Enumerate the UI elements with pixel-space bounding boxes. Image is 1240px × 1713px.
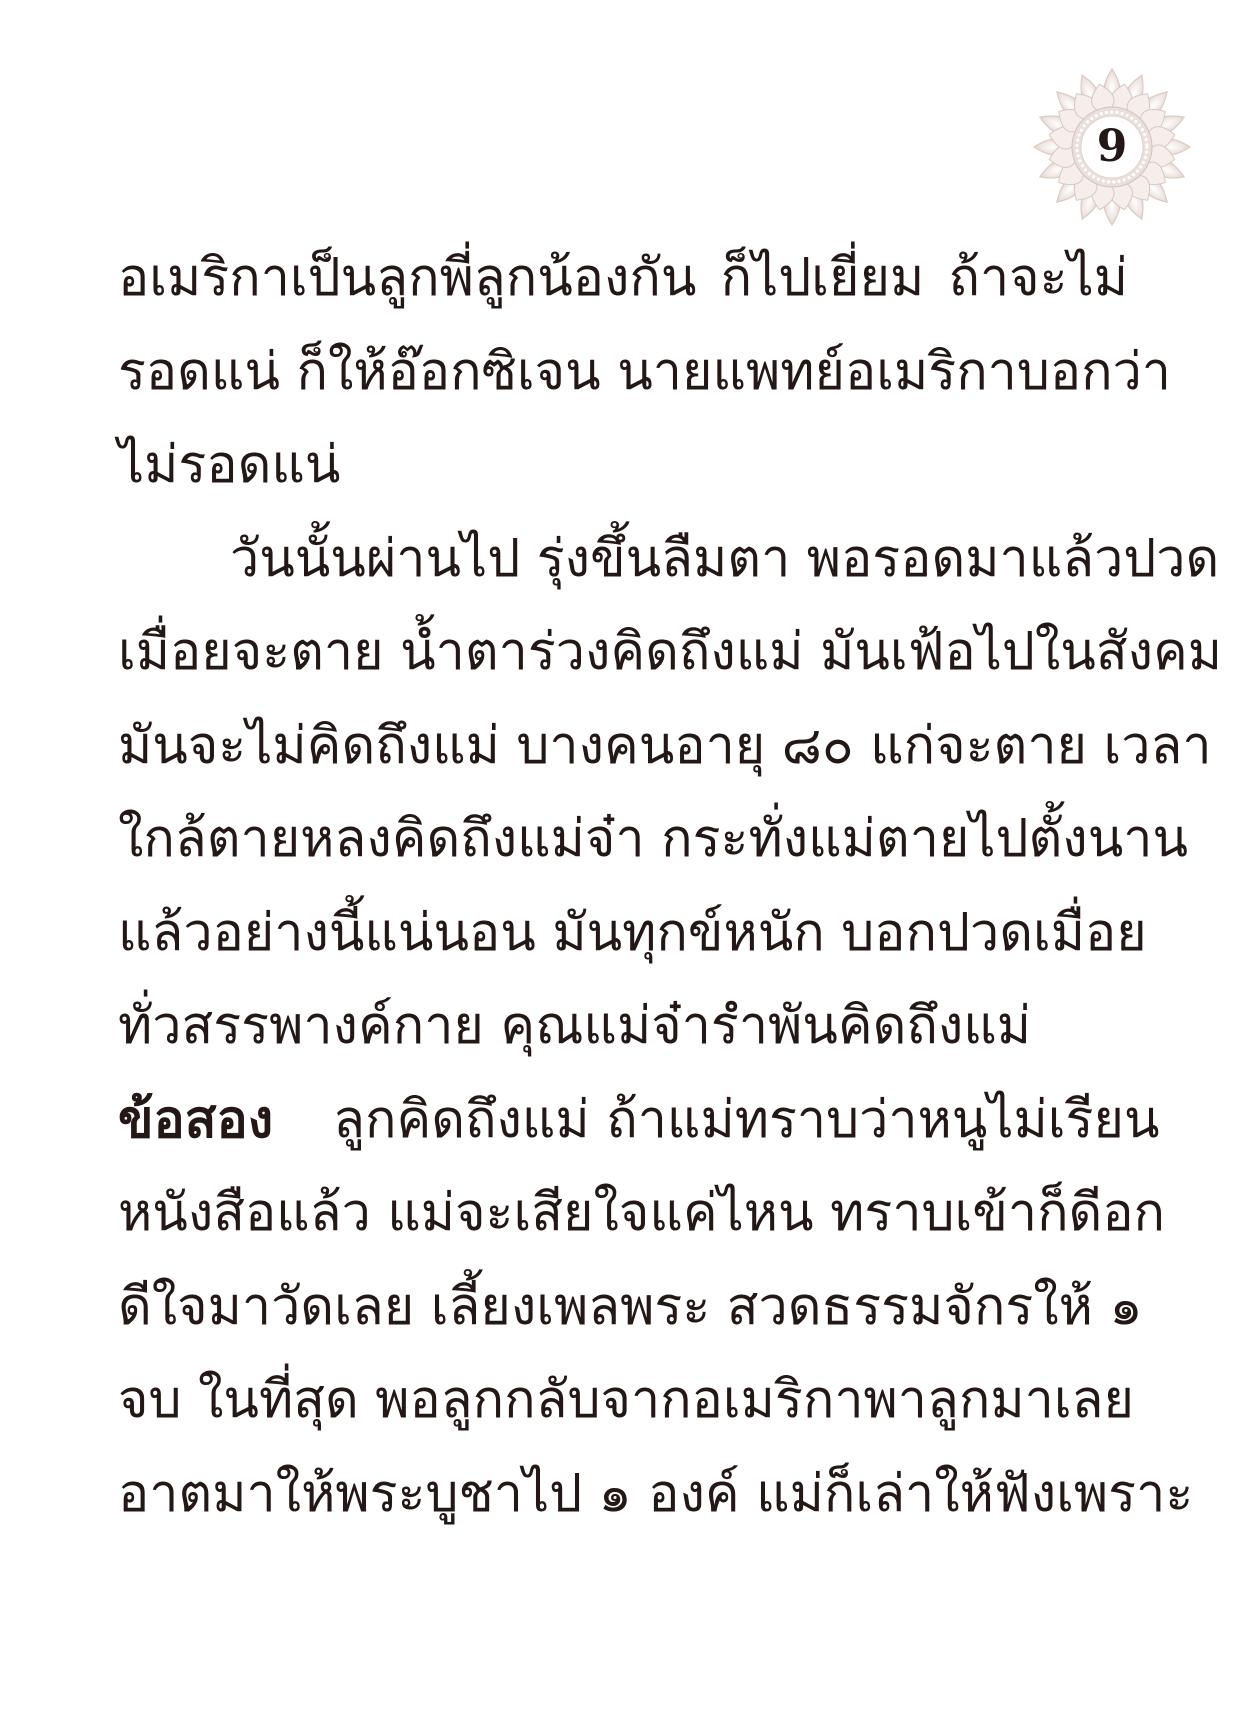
text-segment: ลูกคิดถึงแม่ ถ้าแม่ทราบว่าหนูไม่เรียน bbox=[333, 1090, 1159, 1150]
text-line: เมื่อยจะตาย น้ำตาร่วงคิดถึงแม่ มันเฟ้อไป… bbox=[118, 606, 1128, 700]
text-line: ใกล้ตายหลงคิดถึงแม่จ๋า กระทั่งแม่ตายไปตั… bbox=[118, 793, 1128, 887]
text-line: รอดแน่ ก็ให้อ๊อกซิเจน นายแพทย์อเมริกาบอก… bbox=[118, 326, 1128, 420]
body-text: อเมริกาเป็นลูกพี่ลูกน้องกัน ก็ไปเยี่ยม ถ… bbox=[118, 232, 1128, 1541]
text-line: ไม่รอดแน่ bbox=[118, 419, 1128, 513]
document-page: 9 อเมริกาเป็นลูกพี่ลูกน้องกัน ก็ไปเยี่ยม… bbox=[0, 0, 1240, 1713]
text-line: ข้อสองลูกคิดถึงแม่ ถ้าแม่ทราบว่าหนูไม่เร… bbox=[118, 1074, 1128, 1168]
text-line: วันนั้นผ่านไป รุ่งขึ้นลืมตา พอรอดมาแล้วป… bbox=[118, 513, 1128, 607]
text-line: มันจะไม่คิดถึงแม่ บางคนอายุ ๘๐ แก่จะตาย … bbox=[118, 700, 1128, 794]
text-line: หนังสือแล้ว แม่จะเสียใจแค่ไหน ทราบเข้าก็… bbox=[118, 1167, 1128, 1261]
text-line: อเมริกาเป็นลูกพี่ลูกน้องกัน ก็ไปเยี่ยม ถ… bbox=[118, 232, 1128, 326]
text-line: แล้วอย่างนี้แน่นอน มันทุกข์หนัก บอกปวดเม… bbox=[118, 887, 1128, 981]
section-label: ข้อสอง bbox=[118, 1090, 273, 1150]
text-line: จบ ในที่สุด พอลูกกลับจากอเมริกาพาลูกมาเล… bbox=[118, 1354, 1128, 1448]
text-line: ทั่วสรรพางค์กาย คุณแม่จ๋ารำพันคิดถึงแม่ bbox=[118, 980, 1128, 1074]
text-line: อาตมาให้พระบูชาไป ๑ องค์ แม่ก็เล่าให้ฟัง… bbox=[118, 1448, 1128, 1542]
page-number: 9 bbox=[1033, 68, 1191, 226]
page-number-badge: 9 bbox=[1033, 68, 1191, 226]
text-line: ดีใจมาวัดเลย เลี้ยงเพลพระ สวดธรรมจักรให้… bbox=[118, 1261, 1128, 1355]
